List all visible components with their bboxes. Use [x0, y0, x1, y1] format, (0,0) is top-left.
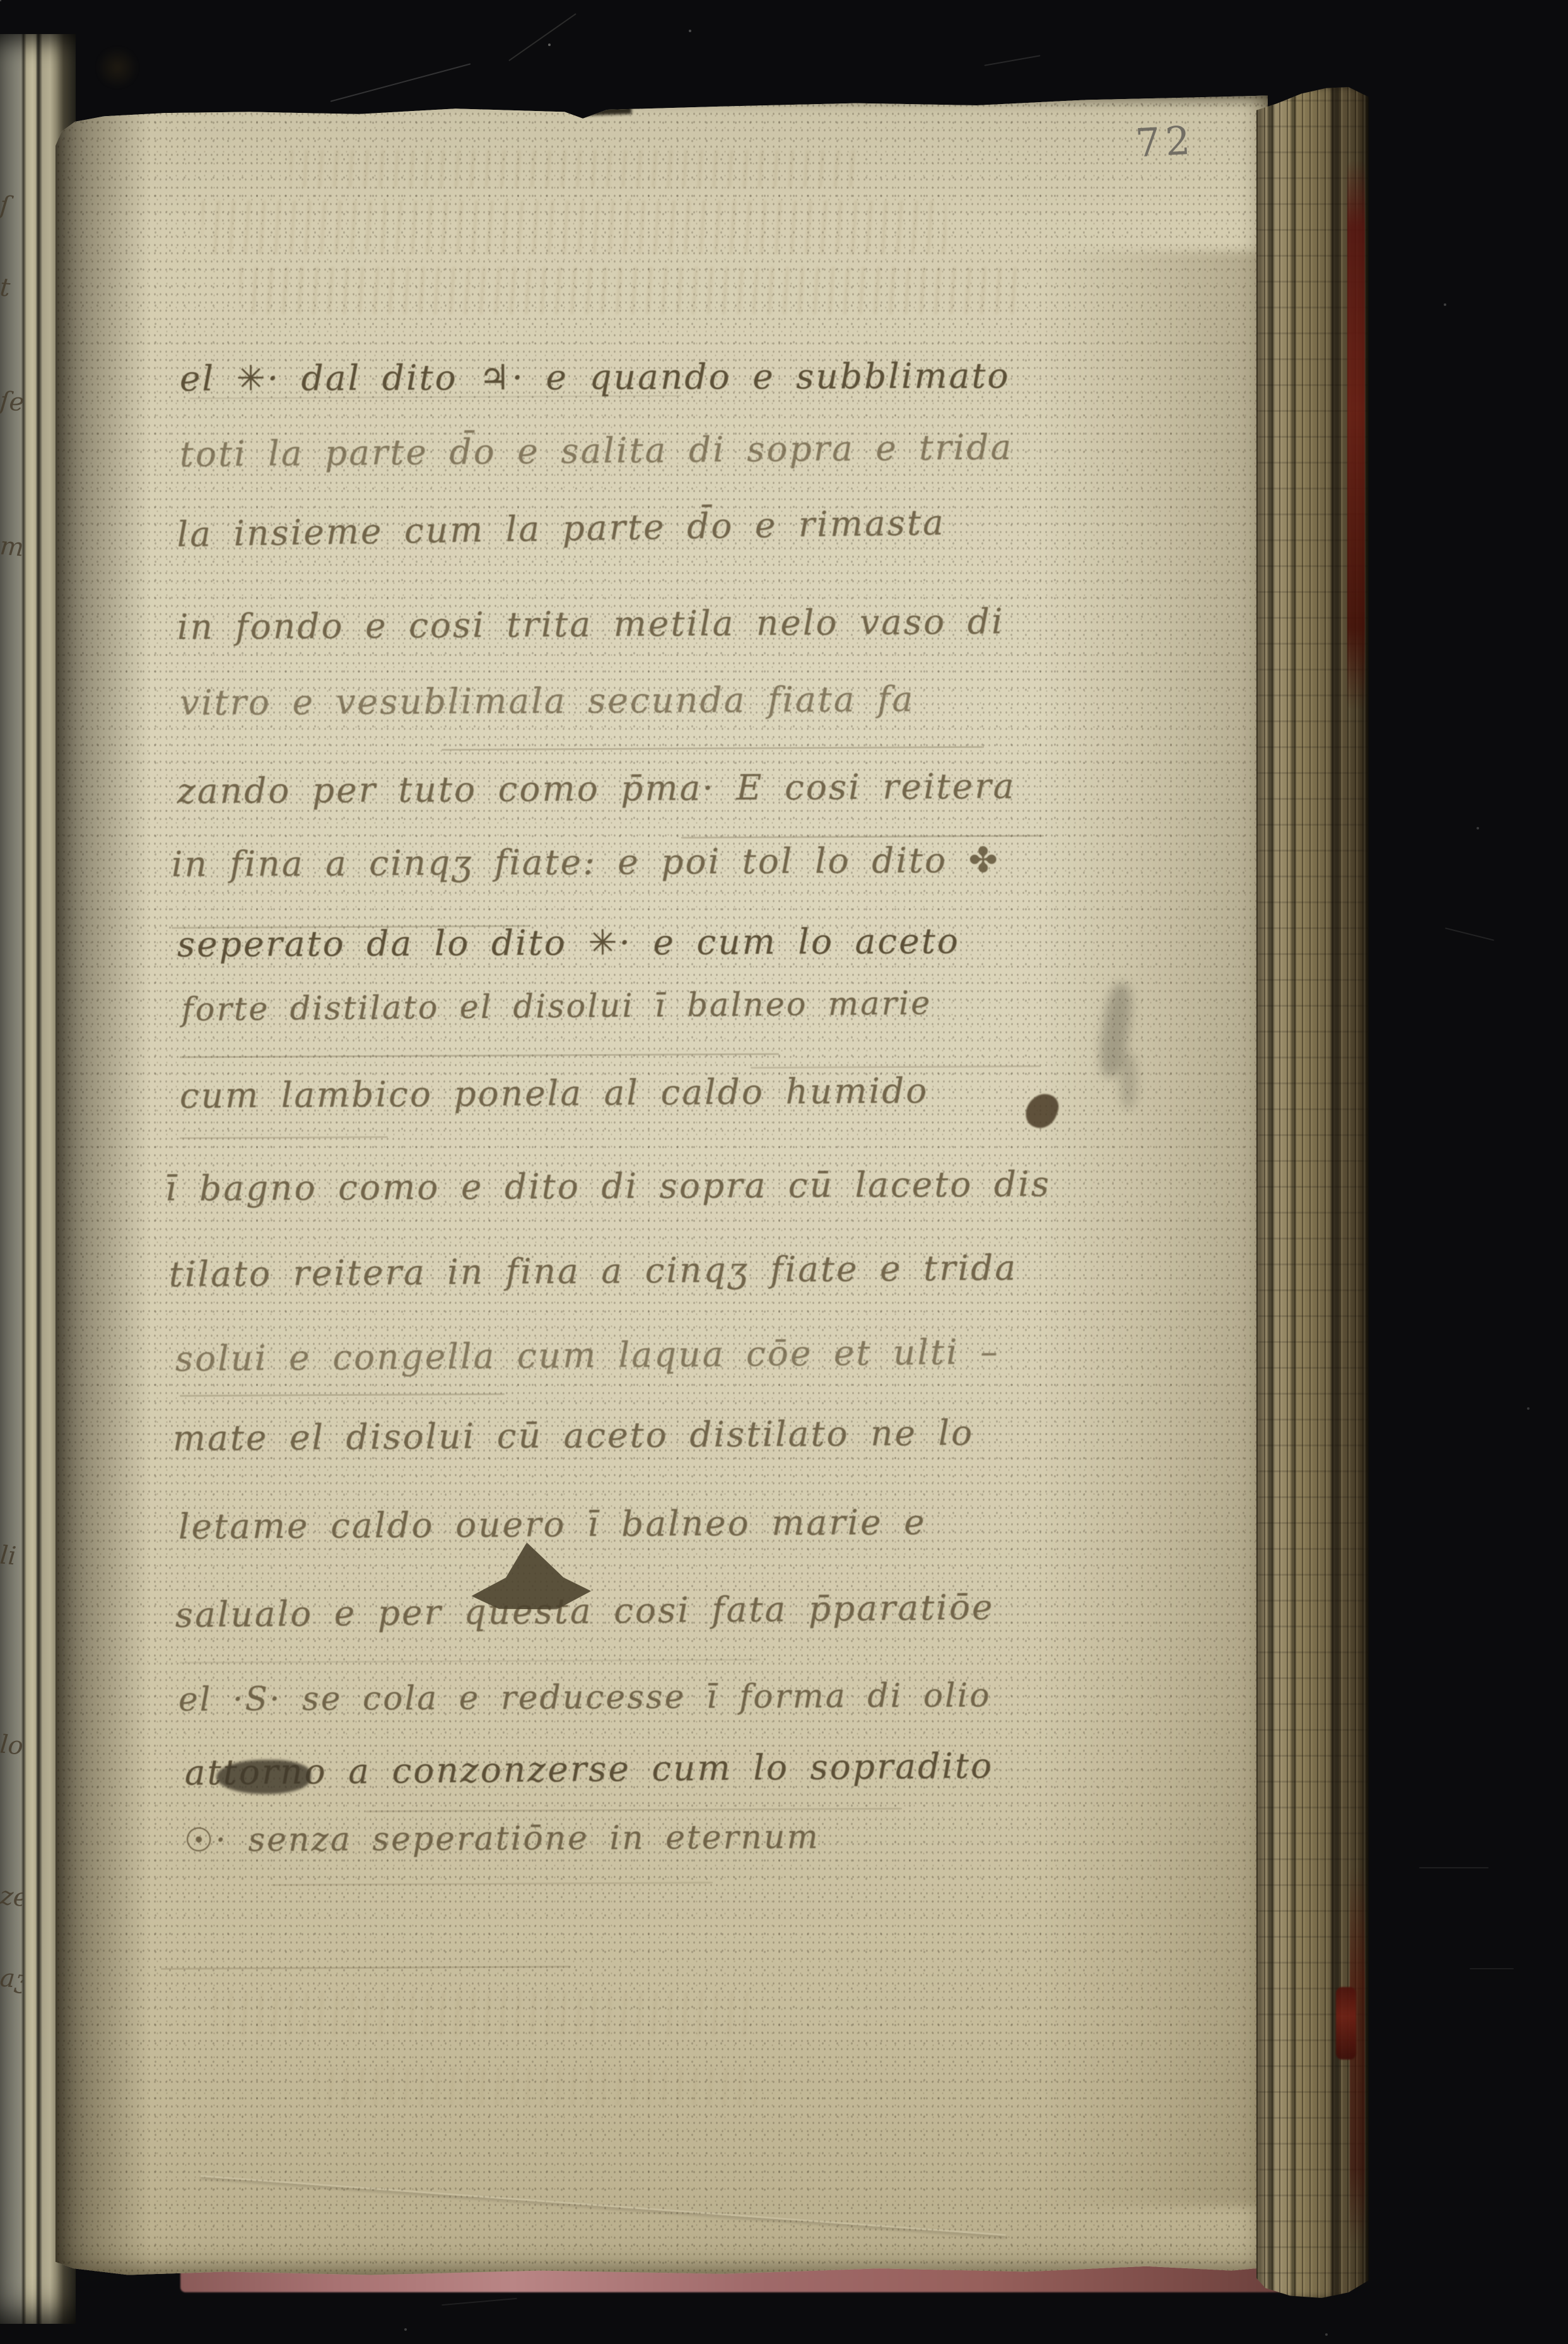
- ruled-underline: [681, 835, 1044, 838]
- manuscript-line: mate el disolui cū aceto distilato ne lo: [173, 1412, 974, 1458]
- ink-blot-on-word: [216, 1760, 311, 1794]
- spine-red-leather: [1347, 161, 1365, 710]
- photo-of-manuscript: { "scene": { "page_number": "72", "color…: [0, 0, 1568, 2344]
- margin-text-fragment: t: [0, 273, 24, 304]
- manuscript-page: 72 el ✳· dal dito ♃· e quando e subblima…: [56, 93, 1268, 2277]
- manuscript-line: cum lambico ponela al caldo humido: [180, 1070, 929, 1116]
- show-through-text: [214, 1992, 757, 2036]
- manuscript-line: solui e congella cum laqua cōe et ulti –: [175, 1332, 999, 1379]
- manuscript-line: el ·S· se cola e reducesse ī forma di ol…: [178, 1677, 992, 1719]
- manuscript-line: letame caldo ouero ī balneo marie e: [178, 1502, 927, 1547]
- background-scratch: [1445, 927, 1494, 941]
- show-through-text: [290, 150, 858, 188]
- page-number: 72: [1134, 117, 1196, 167]
- ruled-underline: [161, 1966, 571, 1969]
- vellum-stain: [1039, 251, 1267, 2206]
- manuscript-line: tilato reitera in fina a cinqʒ fiate e t…: [168, 1247, 1017, 1294]
- crease-line: [180, 1659, 760, 1664]
- ruled-underline: [271, 1882, 713, 1886]
- background-scratch: [508, 13, 576, 61]
- manuscript-line: el ✳· dal dito ♃· e quando e subblimato: [180, 355, 1010, 399]
- margin-text-fragment: lo: [0, 1730, 24, 1761]
- fore-edge-seam: [1291, 87, 1296, 2298]
- ruled-underline: [180, 1393, 505, 1397]
- manuscript-line: ☉· senza seperatiōne in eternum: [184, 1819, 820, 1860]
- manuscript-line: vitro e vesublimala secunda fiata fa: [180, 679, 915, 723]
- ruled-underline: [366, 1808, 902, 1812]
- dust-specks: [0, 0, 1, 1]
- background-scratch: [1419, 1867, 1489, 1868]
- fore-edge-seam: [1268, 87, 1274, 2298]
- margin-text-fragment: ſe: [0, 387, 24, 418]
- fore-edge-seam: [1331, 87, 1340, 2298]
- margin-smudge: [1120, 1052, 1137, 1109]
- margin-text-fragment: ze: [0, 1882, 24, 1913]
- margin-text-fragment: m: [0, 532, 24, 563]
- ruled-underline: [180, 1053, 779, 1058]
- background-scratch: [1470, 1968, 1514, 1969]
- gutter-shadow: [56, 93, 150, 2277]
- ruled-underline: [751, 1065, 1041, 1069]
- gutter-top-smudge: [95, 48, 140, 87]
- fold-crease: [201, 2175, 1006, 2236]
- show-through-text: [202, 201, 946, 254]
- show-through-text: [240, 267, 1022, 314]
- background-scratch: [442, 2298, 517, 2306]
- margin-text-fragment: ſ: [0, 191, 24, 222]
- ruled-underline: [442, 746, 984, 751]
- margin-text-fragment: li: [0, 1541, 24, 1572]
- manuscript-line: toti la parte d̄o e salita di sopra e tr…: [179, 426, 1013, 474]
- manuscript-line: in fina a cinqʒ fiate: e poi tol lo dito…: [172, 840, 1000, 884]
- manuscript-line: la insieme cum la parte d̄o e rimasta: [177, 502, 945, 554]
- binding-thread-red: [1336, 1987, 1356, 2060]
- manuscript-line: in fondo e cosi trita metila nelo vaso d…: [177, 601, 1005, 647]
- manuscript-line: forte distilato el disolui ī balneo mari…: [181, 985, 932, 1029]
- top-edge-nick: [582, 98, 632, 116]
- manuscript-line: ī bagno como e dito di sopra cū laceto d…: [165, 1164, 1051, 1209]
- background-scratch: [985, 55, 1041, 66]
- show-through-text: [315, 2068, 757, 2106]
- background-scratch: [331, 63, 471, 102]
- manuscript-line: zando per tuto como p̄ma· E cosi reitera: [177, 766, 1016, 811]
- margin-text-fragment: aʒ: [0, 1964, 24, 1995]
- ruled-underline: [180, 1136, 388, 1139]
